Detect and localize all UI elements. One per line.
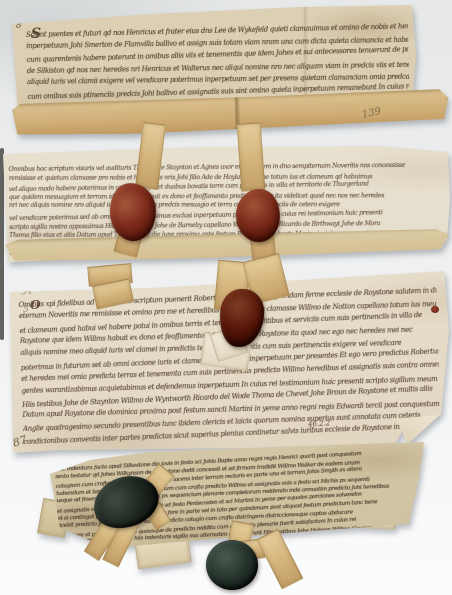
photo-background: 8 S Sciant psentes et futuri qd nos Henr…	[0, 0, 452, 595]
green-black-hanging-seal	[206, 540, 258, 590]
parchment-tag	[237, 122, 266, 192]
